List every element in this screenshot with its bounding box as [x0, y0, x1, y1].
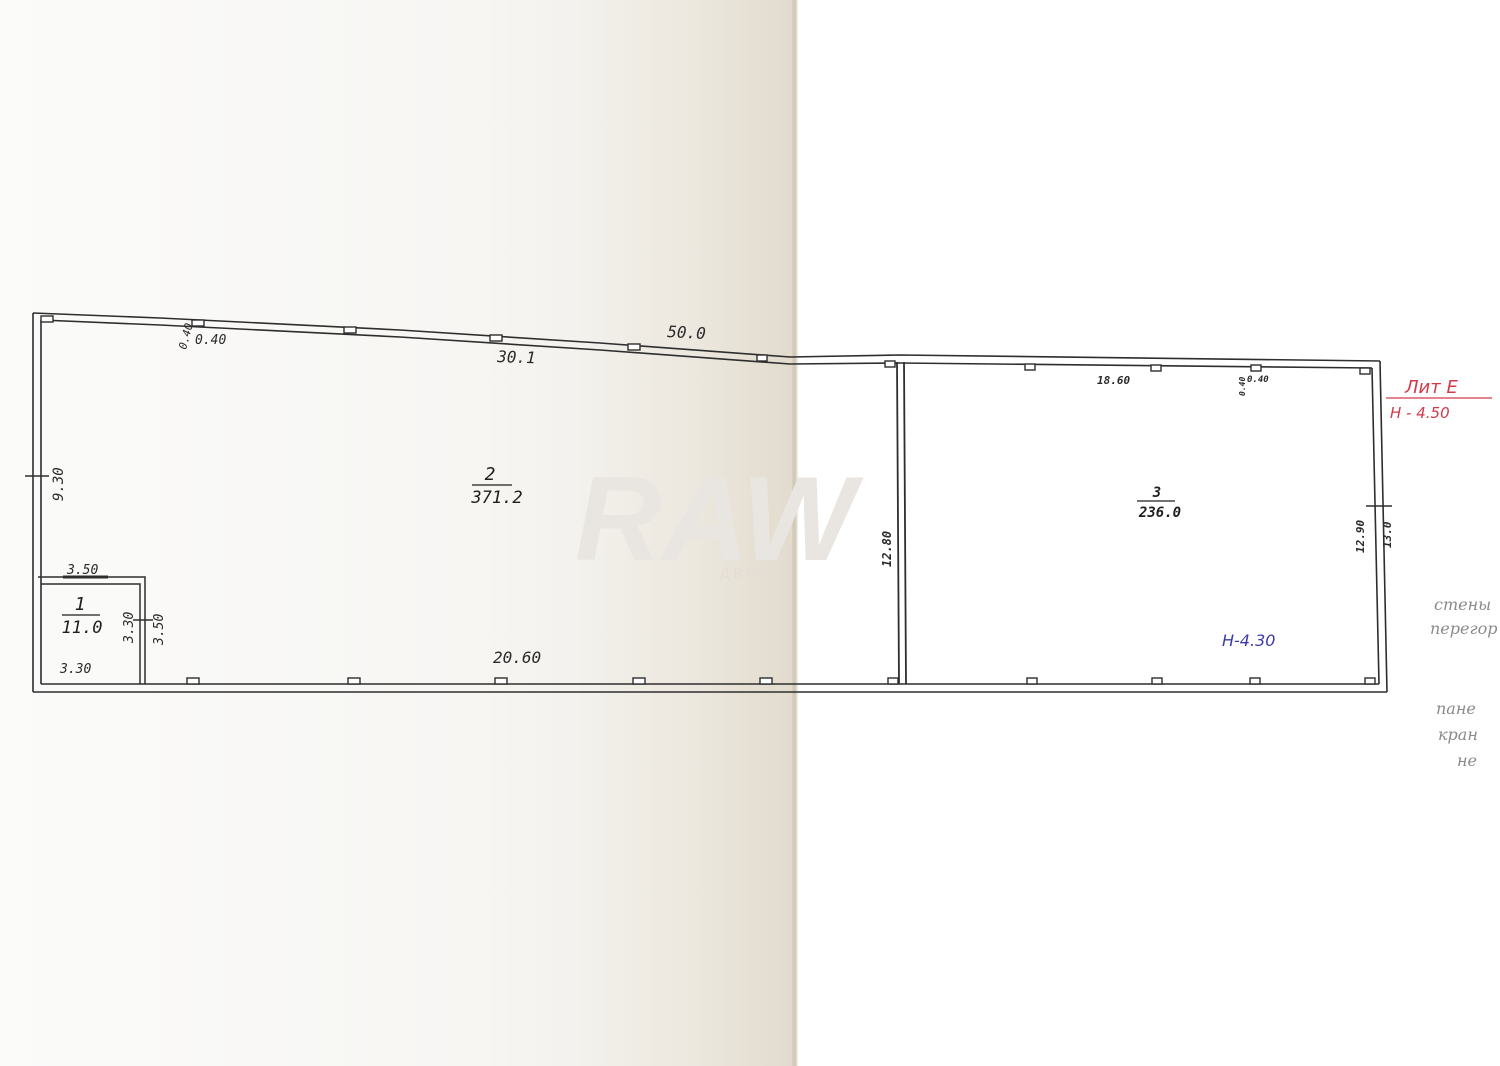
- dim-room1-bottom: 3.30: [59, 662, 91, 677]
- lit-height: Н - 4.50: [1390, 404, 1450, 422]
- room-3-area: 236.0: [1138, 505, 1181, 521]
- dim-column-c2: 0.40: [1238, 377, 1247, 396]
- room-1-number: 1: [75, 594, 86, 615]
- dim-top-total: 50.0: [667, 322, 706, 343]
- margin-note-2c: не: [1457, 751, 1477, 770]
- dim-top-room3: 18.60: [1097, 374, 1130, 387]
- dim-partition: 12.80: [880, 531, 894, 567]
- room-3-number: 3: [1152, 485, 1161, 501]
- dim-left-wall: 9.30: [51, 467, 67, 501]
- margin-note-1b: перегор: [1430, 619, 1497, 638]
- margin-note-2a: пане: [1436, 699, 1476, 718]
- room-2-label: 2 371.2: [470, 464, 522, 508]
- dim-top-room2: 30.1: [496, 347, 536, 367]
- margin-notes: стены перегор пане кран не: [1430, 595, 1497, 770]
- margin-note-1a: стены: [1434, 595, 1491, 614]
- watermark: RAW ДВИЖ: [575, 452, 864, 586]
- room-2-area: 371.2: [470, 488, 522, 508]
- dim-room1-outer-side: 3.50: [152, 614, 167, 646]
- dim-bottom-room2: 20.60: [493, 648, 541, 667]
- floor-plan-drawing: RAW ДВИЖ: [0, 0, 1500, 1066]
- room-1-label: 1 11.0: [62, 594, 103, 638]
- room-3-height-note: Н-4.30: [1222, 631, 1275, 650]
- dim-column-a: 0.40: [195, 333, 226, 348]
- dim-right-inner: 12.90: [1354, 520, 1367, 553]
- room-3-label: 3 236.0: [1137, 485, 1181, 521]
- partition-wall: [897, 362, 906, 684]
- dim-room1-top: 3.50: [66, 563, 98, 578]
- lit-annotation: Лит Е Н - 4.50: [1386, 377, 1492, 422]
- lit-label: Лит Е: [1404, 377, 1458, 398]
- watermark-subtitle: ДВИЖ: [720, 565, 778, 581]
- dim-column-c: 0.40: [1247, 375, 1269, 385]
- dim-room1-inner-side: 3.30: [122, 612, 137, 644]
- room-2-number: 2: [485, 464, 496, 485]
- room-1-area: 11.0: [62, 618, 103, 638]
- margin-note-2b: кран: [1438, 725, 1478, 744]
- dim-right-outer: 13.0: [1381, 521, 1394, 548]
